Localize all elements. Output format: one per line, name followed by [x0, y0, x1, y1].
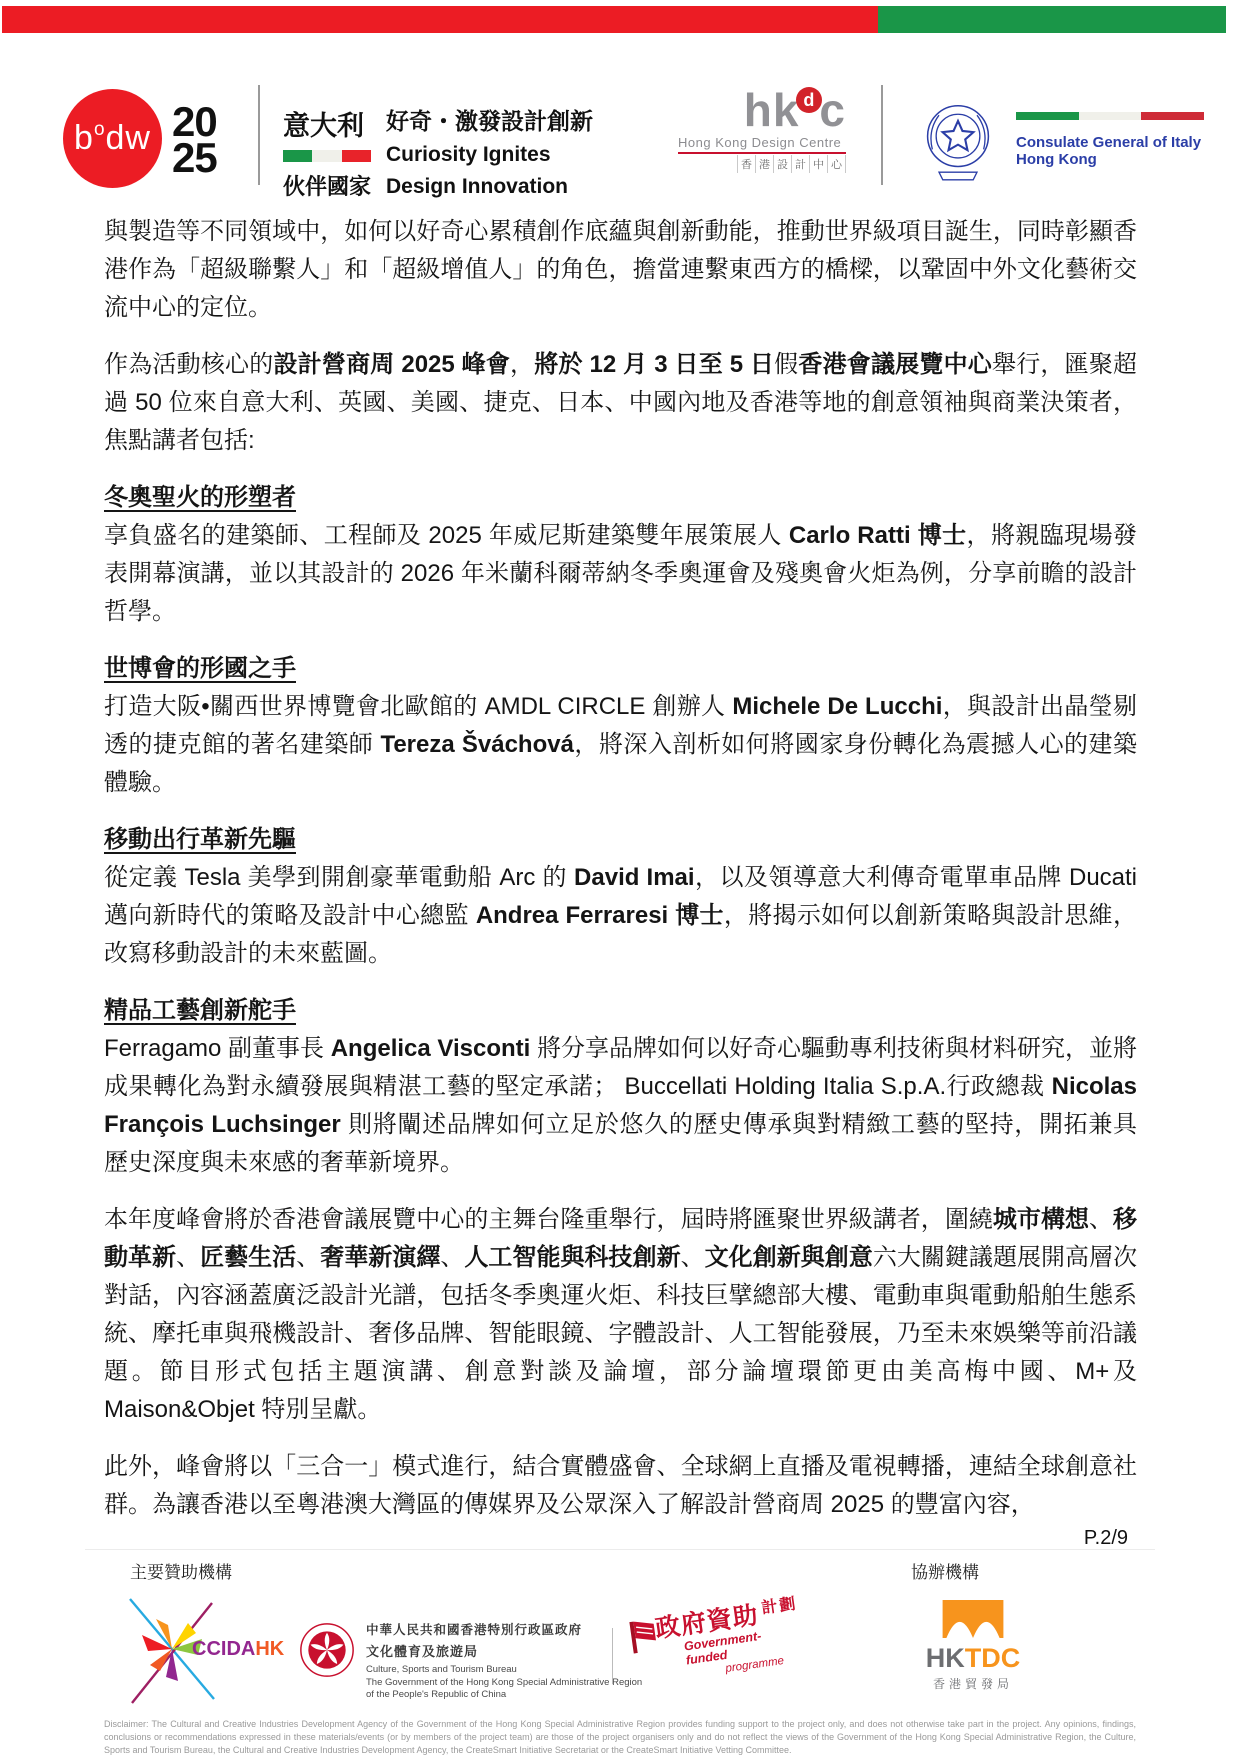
emphasized-text-run: 奢華新演繹 — [320, 1244, 440, 1271]
hktdc-hk: HK — [926, 1643, 965, 1673]
italy-flag-bar-icon — [1016, 112, 1204, 120]
top-bar-red-segment — [2, 6, 878, 33]
emphasized-text-run: Tereza Šváchová — [380, 731, 573, 758]
hkdc-c: c — [819, 84, 846, 136]
text-run: 、 — [440, 1244, 464, 1271]
section-paragraph: 從定義 Tesla 美學到開創豪華電動船 Arc 的 David Imai，以及… — [104, 859, 1137, 973]
hktdc-logo: HKTDC 香港貿發局 — [918, 1600, 1028, 1692]
emphasized-text-run: 設計營商周 2025 峰會 — [273, 351, 510, 378]
paragraph-hybrid-format: 此外，峰會將以「三合一」模式進行，結合實體盛會、全球網上直播及電視轉播，連結全球… — [104, 1448, 1137, 1524]
text-run: 此外，峰會將以「三合一」模式進行，結合實體盛會、全球網上直播及電視轉播，連結全球… — [104, 1453, 1137, 1518]
flag-red — [342, 150, 371, 162]
bodw-logo-text-dw: dw — [106, 119, 151, 158]
hkdc-hk: hk — [744, 84, 800, 136]
hkdc-zh-char: 設 — [773, 155, 791, 173]
footer-logo-divider — [612, 1628, 613, 1684]
cstb-gov-en-line1: The Government of the Hong Kong Special … — [366, 1677, 642, 1690]
emphasized-text-run: Carlo Ratti 博士 — [789, 522, 967, 549]
footer-divider-line — [85, 1549, 1155, 1550]
section-world-expo: 世博會的形國之手 打造大阪•關西世界博覽會北歐館的 AMDL CIRCLE 創辦… — [104, 650, 1137, 802]
emphasized-text-run: David Imai — [574, 864, 695, 891]
section-heading: 移動出行革新先驅 — [104, 821, 1137, 859]
govfund-zh-plan: 計劃 — [760, 1591, 799, 1619]
hkdc-zh-char: 中 — [809, 155, 827, 173]
flag-white — [1079, 112, 1142, 120]
ccida-text-orange: HK — [255, 1638, 284, 1660]
hkdc-logo-letters: hkdc — [678, 88, 846, 133]
italy-consulate-emblem-icon — [920, 92, 996, 189]
section-heading: 精品工藝創新舵手 — [104, 992, 1137, 1030]
italy-consulate-text-block: Consulate General of Italy Hong Kong — [1016, 112, 1216, 168]
text-run: 、 — [1089, 1206, 1113, 1233]
text-run: 、 — [176, 1244, 200, 1271]
hkdc-zh-char: 心 — [827, 155, 846, 173]
hkdc-name-en: Hong Kong Design Centre — [678, 135, 846, 154]
text-run: Ferragamo 副董事長 — [104, 1035, 331, 1062]
coorganizer-label: 協辦機構 — [911, 1558, 979, 1583]
flag-red — [1141, 112, 1204, 120]
disclaimer-text: Disclaimer: The Cultural and Creative In… — [104, 1718, 1136, 1755]
emphasized-text-run: 人工智能與科技創新 — [464, 1244, 680, 1271]
emphasized-text-run: Angelica Visconti — [331, 1035, 531, 1062]
bodw-year-line2: 25 — [172, 140, 217, 176]
header-divider-1 — [258, 85, 260, 185]
bodw-logo: bodw — [63, 89, 162, 188]
header-logo-strip: bodw 20 25 意大利 伙伴國家 好奇・激發設計創新 Curiosity … — [0, 84, 1240, 194]
section-mobility: 移動出行革新先驅 從定義 Tesla 美學到開創豪華電動船 Arc 的 Davi… — [104, 821, 1137, 973]
section-heading: 冬奧聖火的形塑者 — [104, 479, 1137, 517]
press-release-page: bodw 20 25 意大利 伙伴國家 好奇・激發設計創新 Curiosity … — [0, 0, 1240, 1755]
paragraph-summit-themes: 本年度峰會將於香港會議展覽中心的主舞台隆重舉行，屆時將匯聚世界級講者，圍繞城市構… — [104, 1201, 1137, 1429]
partner-country-name: 意大利 — [283, 104, 373, 143]
italy-flag-icon — [283, 150, 371, 162]
bodw-logo-text: b — [74, 119, 94, 158]
hksar-emblem-icon — [299, 1622, 355, 1683]
header-divider-2 — [881, 85, 883, 185]
text-run: 本年度峰會將於香港會議展覽中心的主舞台隆重舉行，屆時將匯聚世界級講者，圍繞 — [104, 1206, 993, 1233]
section-paragraph: 打造大阪•關西世界博覽會北歐館的 AMDL CIRCLE 創辦人 Michele… — [104, 688, 1137, 802]
emphasized-text-run: 文化創新與創意 — [705, 1244, 873, 1271]
government-funded-programme-logo: 政府資助 計劃 Government-funded programme — [628, 1597, 806, 1688]
text-run: 享負盛名的建築師、工程師及 2025 年威尼斯建築雙年展策展人 — [104, 522, 789, 549]
cstb-gov-zh: 中華人民共和國香港特別行政區政府 — [366, 1620, 642, 1638]
cstb-bureau-zh: 文化體育及旅遊局 — [366, 1641, 642, 1660]
hktdc-wordmark: HKTDC — [918, 1645, 1028, 1671]
text-run: ， — [510, 351, 534, 378]
section-paragraph: 享負盛名的建築師、工程師及 2025 年威尼斯建築雙年展策展人 Carlo Ra… — [104, 517, 1137, 631]
consulate-name-line2: Hong Kong — [1016, 151, 1216, 168]
bodw-year: 20 25 — [172, 104, 217, 176]
text-run: 作為活動核心的 — [104, 351, 273, 378]
hkdc-zh-char: 香 — [737, 155, 755, 173]
partner-country-label: 伙伴國家 — [283, 170, 373, 201]
emphasized-text-run: 匠藝生活 — [200, 1244, 296, 1271]
top-bar-green-segment — [878, 6, 1226, 33]
hktdc-name-zh: 香港貿發局 — [918, 1675, 1028, 1692]
section-paragraph: Ferragamo 副董事長 Angelica Visconti 將分享品牌如何… — [104, 1030, 1137, 1182]
consulate-name-line1: Consulate General of Italy — [1016, 134, 1216, 151]
major-sponsor-label: 主要贊助機構 — [130, 1558, 232, 1583]
top-color-bar — [2, 6, 1226, 33]
text-run: 假 — [774, 351, 798, 378]
cstb-gov-en-line2: of the People's Republic of China — [366, 1689, 642, 1702]
cstb-bureau-en: Culture, Sports and Tourism Bureau — [366, 1664, 642, 1677]
tagline-zh: 好奇・激發設計創新 — [386, 103, 593, 136]
event-tagline: 好奇・激發設計創新 Curiosity Ignites Design Innov… — [386, 103, 593, 200]
bodw-logo-sup-o: o — [94, 119, 106, 141]
hktdc-tdc: TDC — [965, 1643, 1021, 1673]
hkdc-name-zh: 香港設計中心 — [737, 155, 846, 173]
emphasized-text-run: 城市構想 — [993, 1206, 1089, 1233]
hkdc-logo: hkdc Hong Kong Design Centre 香港設計中心 — [678, 88, 846, 173]
text-run: 打造大阪•關西世界博覽會北歐館的 AMDL CIRCLE 創辦人 — [104, 693, 732, 720]
ccida-text-purple: CCIDA — [192, 1638, 255, 1660]
emphasized-text-run: 香港會議展覽中心 — [798, 351, 992, 378]
paragraph-summit-overview: 作為活動核心的設計營商周 2025 峰會，將於 12 月 3 日至 5 日假香港… — [104, 346, 1137, 460]
emphasized-text-run: Andrea Ferraresi 博士 — [476, 902, 724, 929]
section-craftsmanship: 精品工藝創新舵手 Ferragamo 副董事長 Angelica Viscont… — [104, 992, 1137, 1182]
section-winter-olympic-torch: 冬奧聖火的形塑者 享負盛名的建築師、工程師及 2025 年威尼斯建築雙年展策展人… — [104, 479, 1137, 631]
tagline-en-line1: Curiosity Ignites — [386, 142, 593, 168]
hkdc-zh-char: 計 — [791, 155, 809, 173]
partner-country-block: 意大利 伙伴國家 — [283, 104, 373, 201]
emphasized-text-run: 將於 12 月 3 日至 5 日 — [534, 351, 774, 378]
section-heading: 世博會的形國之手 — [104, 650, 1137, 688]
text-run: 、 — [296, 1244, 320, 1271]
page-number: P.2/9 — [1084, 1527, 1128, 1550]
cstb-text-block: 中華人民共和國香港特別行政區政府 文化體育及旅遊局 Culture, Sport… — [366, 1620, 642, 1702]
document-body: 與製造等不同領域中，如何以好奇心累積創作底蘊與創新動能，推動世界級項目誕生，同時… — [104, 213, 1137, 1543]
emphasized-text-run: Michele De Lucchi — [732, 693, 942, 720]
paragraph-intro: 與製造等不同領域中，如何以好奇心累積創作底蘊與創新動能，推動世界級項目誕生，同時… — [104, 213, 1137, 327]
text-run: 從定義 Tesla 美學到開創豪華電動船 Arc 的 — [104, 864, 574, 891]
flag-white — [312, 150, 341, 162]
flag-green — [1016, 112, 1079, 120]
text-run: 、 — [681, 1244, 705, 1271]
hktdc-mark-icon — [942, 1600, 1004, 1638]
ccida-wordmark: CCIDAHK — [192, 1638, 284, 1661]
hkdc-zh-char: 港 — [755, 155, 773, 173]
flag-green — [283, 150, 312, 162]
text-run: 與製造等不同領域中，如何以好奇心累積創作底蘊與創新動能，推動世界級項目誕生，同時… — [104, 218, 1137, 321]
tagline-en-line2: Design Innovation — [386, 174, 593, 200]
